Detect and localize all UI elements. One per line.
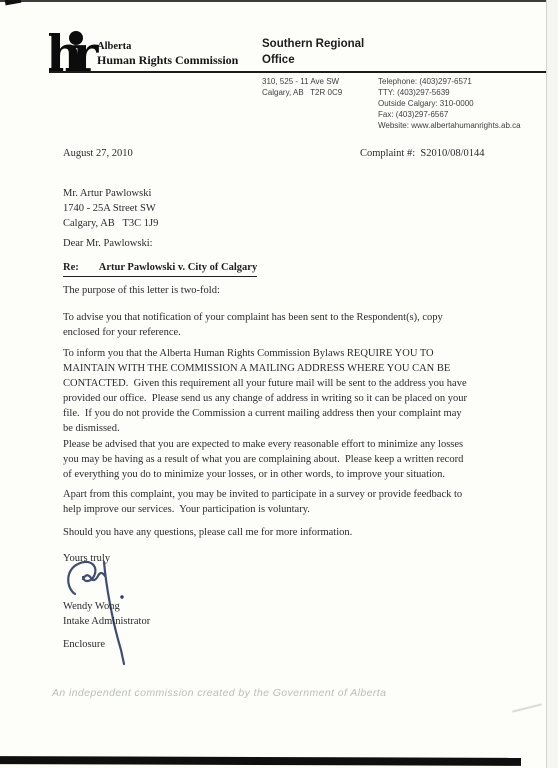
- paragraph-line: To advise you that notification of your …: [63, 310, 443, 325]
- paragraph-line: provided our office. Please send us any …: [63, 391, 467, 406]
- contact-telephone: Telephone: (403)297-6571: [378, 76, 521, 87]
- scan-artifact-bottom-edge: [0, 756, 521, 766]
- scanned-letter-page: h r Alberta Human Rights Commission Sout…: [0, 0, 558, 768]
- office-name-line2: Office: [262, 52, 364, 68]
- re-label: Re:: [63, 262, 79, 273]
- contact-website: Website: www.albertahumanrights.ab.ca: [378, 120, 521, 131]
- contact-outside-calgary: Outside Calgary: 310-0000: [378, 98, 521, 109]
- purpose-line: The purpose of this letter is two-fold:: [63, 283, 220, 298]
- complaint-number: Complaint #: S2010/08/0144: [360, 146, 485, 161]
- org-name: Alberta Human Rights Commission: [97, 40, 238, 67]
- scan-artifact-crease: [512, 703, 542, 712]
- letter-paragraph-minimize-losses: Please be advised that you are expected …: [63, 437, 463, 482]
- contact-info: Telephone: (403)297-6571 TTY: (403)297-5…: [378, 76, 521, 131]
- recipient-city: Calgary, AB T3C 1J9: [63, 216, 158, 231]
- paragraph-line: be dismissed.: [63, 421, 467, 436]
- hr-logo-icon: h r: [49, 29, 101, 75]
- office-name-line1: Southern Regional: [262, 36, 364, 52]
- paragraph-line: enclosed for your reference.: [63, 325, 443, 340]
- recipient-name: Mr. Artur Pawlowski: [63, 186, 158, 201]
- letterhead-divider: [49, 71, 546, 73]
- paragraph-line: CONTACTED. Given this requirement all yo…: [63, 376, 467, 391]
- paragraph-line: MAINTAIN WITH THE COMMISSION A MAILING A…: [63, 361, 467, 376]
- signer-name: Wendy Wong: [63, 599, 150, 614]
- footer-tagline: An independent commission created by the…: [52, 687, 386, 699]
- paragraph-line: Please be advised that you are expected …: [63, 437, 463, 452]
- salutation: Dear Mr. Pawlowski:: [63, 236, 153, 251]
- letter-date: August 27, 2010: [63, 146, 133, 161]
- enclosure-note: Enclosure: [63, 637, 105, 652]
- scan-artifact-top-edge: [0, 0, 558, 2]
- paragraph-line: Apart from this complaint, you may be in…: [63, 487, 462, 502]
- paragraph-line: of everything you do to minimize your lo…: [63, 467, 463, 482]
- contact-fax: Fax: (403)297-6567: [378, 109, 521, 120]
- paragraph-line: file. If you do not provide the Commissi…: [63, 406, 467, 421]
- office-name: Southern Regional Office: [262, 36, 364, 68]
- letter-paragraph-mailing-address: To inform you that the Alberta Human Rig…: [63, 346, 467, 436]
- signer-title: Intake Administrator: [63, 614, 150, 629]
- letter-paragraph-notification: To advise you that notification of your …: [63, 310, 443, 340]
- recipient-address: Mr. Artur Pawlowski 1740 - 25A Street SW…: [63, 186, 158, 231]
- re-subject-line: Re:Artur Pawlowski v. City of Calgary: [63, 260, 257, 277]
- re-subject: Artur Pawlowski v. City of Calgary: [99, 262, 257, 273]
- office-address-line: Calgary, AB T2R 0C9: [262, 87, 342, 98]
- org-title: Human Rights Commission: [97, 53, 238, 67]
- paragraph-line: you may be having as a result of what yo…: [63, 452, 463, 467]
- paragraph-line: To inform you that the Alberta Human Rig…: [63, 346, 467, 361]
- office-address: 310, 525 - 11 Ave SW Calgary, AB T2R 0C9: [262, 76, 342, 98]
- recipient-street: 1740 - 25A Street SW: [63, 201, 158, 216]
- signature-block: Wendy Wong Intake Administrator: [63, 599, 150, 629]
- scan-artifact-corner-mark: [5, 0, 22, 5]
- contact-tty: TTY: (403)297-5639: [378, 87, 521, 98]
- paragraph-line: help improve our services. Your particip…: [63, 502, 462, 517]
- questions-line: Should you have any questions, please ca…: [63, 525, 352, 540]
- office-address-line: 310, 525 - 11 Ave SW: [262, 76, 342, 87]
- letter-paragraph-survey: Apart from this complaint, you may be in…: [63, 487, 462, 517]
- scan-artifact-right-edge: [546, 0, 558, 768]
- org-region: Alberta: [97, 40, 238, 53]
